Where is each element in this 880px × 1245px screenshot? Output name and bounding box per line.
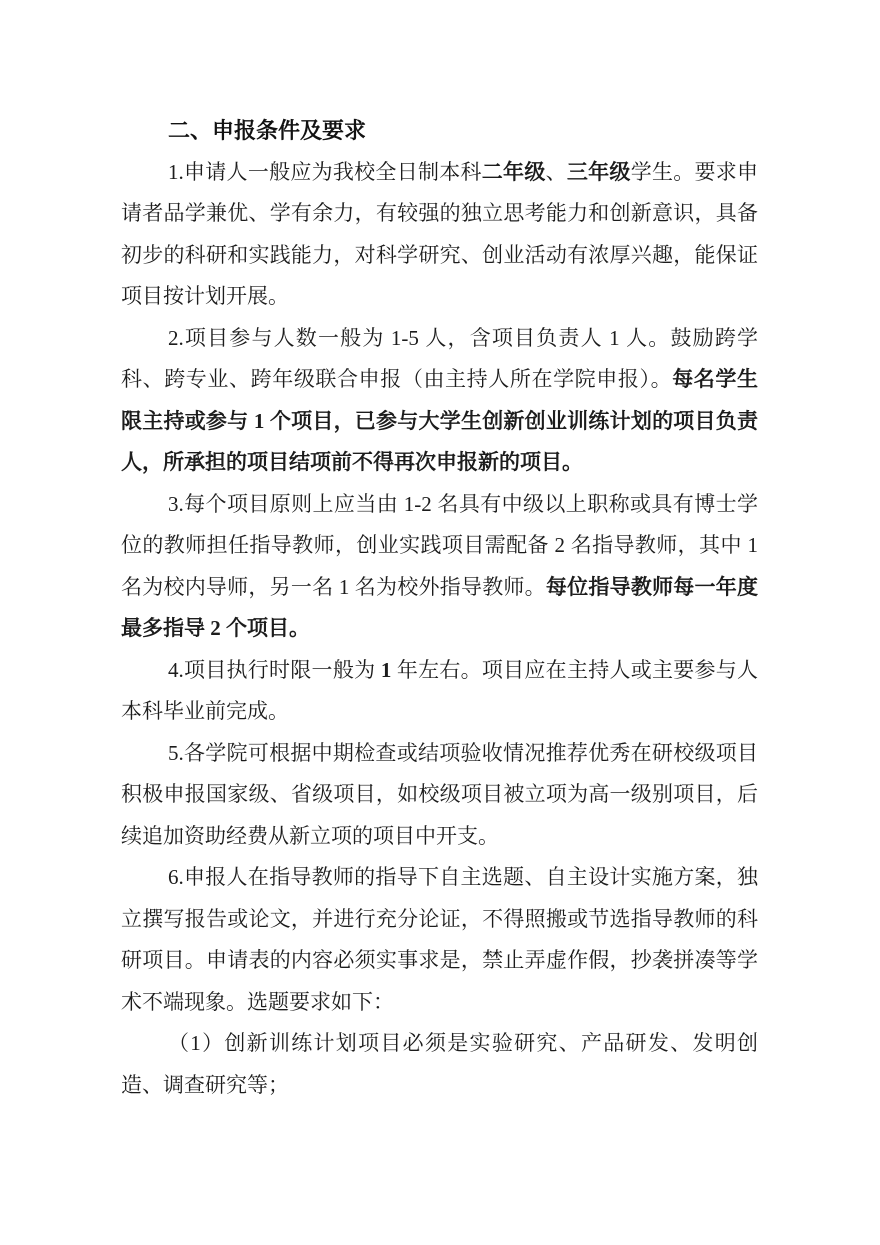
text-run: 、 — [546, 160, 567, 184]
paragraph: （1）创新训练计划项目必须是实验研究、产品研发、发明创造、调查研究等； — [121, 1023, 758, 1106]
bold-text-run: 二年级 — [482, 160, 546, 184]
bold-text-run: 1 — [381, 658, 392, 682]
paragraph-list: 1.申请人一般应为我校全日制本科二年级、三年级学生。要求申请者品学兼优、学有余力… — [121, 152, 758, 1107]
text-run: 1.申请人一般应为我校全日制本科 — [168, 160, 482, 184]
text-run: 6.申报人在指导教师的指导下自主选题、自主设计实施方案，独立撰写报告或论文，并进… — [121, 865, 758, 1014]
text-run: （1）创新训练计划项目必须是实验研究、产品研发、发明创造、调查研究等； — [121, 1031, 758, 1097]
text-run: 5.各学院可根据中期检查或结项验收情况推荐优秀在研校级项目积极申报国家级、省级项… — [121, 741, 758, 848]
bold-text-run: 三年级 — [567, 160, 631, 184]
paragraph: 2.项目参与人数一般为 1-5 人，含项目负责人 1 人。鼓励跨学科、跨专业、跨… — [121, 318, 758, 484]
paragraph: 5.各学院可根据中期检查或结项验收情况推荐优秀在研校级项目积极申报国家级、省级项… — [121, 733, 758, 858]
paragraph: 4.项目执行时限一般为 1 年左右。项目应在主持人或主要参与人本科毕业前完成。 — [121, 650, 758, 733]
text-run: 2.项目参与人数一般为 1-5 人，含项目负责人 1 人。鼓励跨学科、跨专业、跨… — [121, 326, 758, 392]
paragraph: 3.每个项目原则上应当由 1-2 名具有中级以上职称或具有博士学位的教师担任指导… — [121, 484, 758, 650]
section-heading: 二、申报条件及要求 — [121, 110, 758, 152]
paragraph: 6.申报人在指导教师的指导下自主选题、自主设计实施方案，独立撰写报告或论文，并进… — [121, 857, 758, 1023]
document-body: 二、申报条件及要求 1.申请人一般应为我校全日制本科二年级、三年级学生。要求申请… — [121, 110, 758, 1106]
paragraph: 1.申请人一般应为我校全日制本科二年级、三年级学生。要求申请者品学兼优、学有余力… — [121, 152, 758, 318]
text-run: 4.项目执行时限一般为 — [168, 658, 381, 682]
document-page: 二、申报条件及要求 1.申请人一般应为我校全日制本科二年级、三年级学生。要求申请… — [0, 0, 880, 1245]
